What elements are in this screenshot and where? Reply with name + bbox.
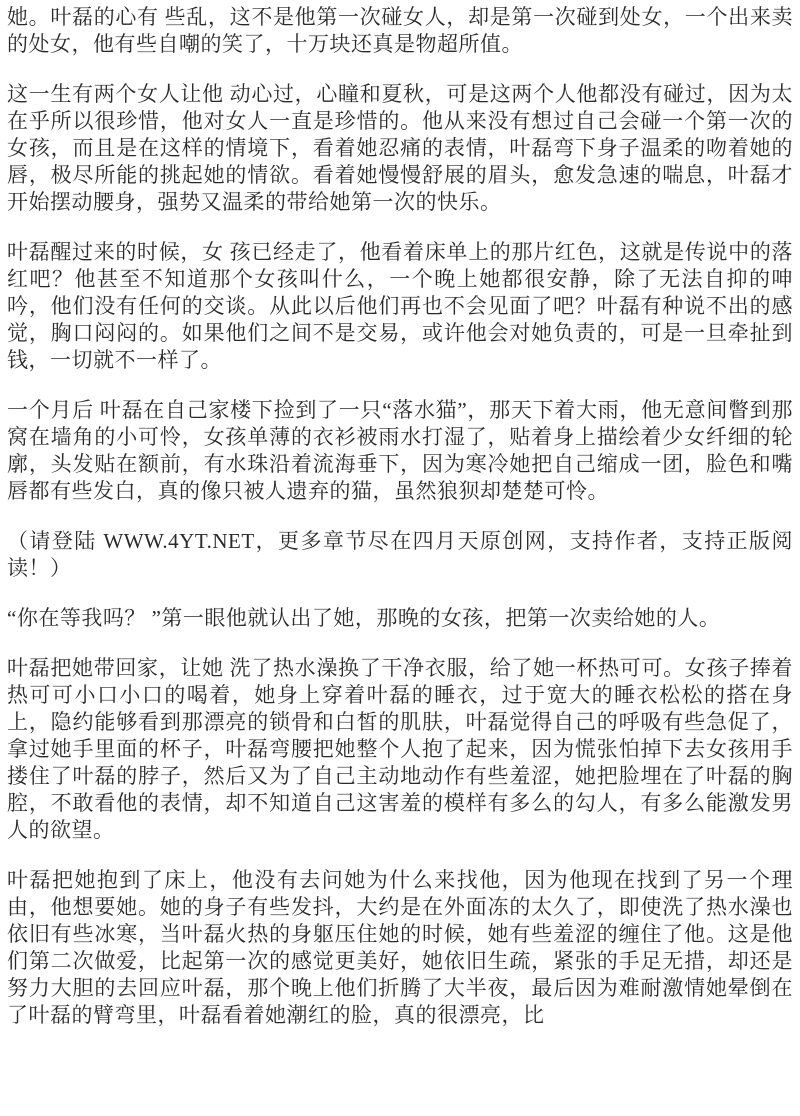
paragraph-7: 叶磊把她带回家，让她 洗了热水澡换了干净衣服，给了她一杯热可可。女孩子捧着热可可… (7, 655, 793, 844)
paragraph-1: 她。叶磊的心有 些乱，这不是他第一次碰女人，却是第一次碰到处女，一个出来卖的处女… (7, 4, 793, 58)
paragraph-5-site-notice: （请登陆 WWW.4YT.NET，更多章节尽在四月天原创网，支持作者，支持正版阅… (7, 528, 793, 582)
paragraph-3: 叶磊醒过来的时候，女 孩已经走了，他看着床单上的那片红色，这就是传说中的落红吧？… (7, 239, 793, 374)
paragraph-4: 一个月后 叶磊在自己家楼下捡到了一只“落水猫”，那天下着大雨，他无意间瞥到那窝在… (7, 397, 793, 505)
paragraph-2: 这一生有两个女人让他 动心过，心瞳和夏秋，可是这两个人他都没有碰过，因为太在乎所… (7, 81, 793, 216)
paragraph-8: 叶磊把她抱到了床上，他没有去问她为什么来找他，因为他现在找到了另一个理由，他想要… (7, 867, 793, 1029)
paragraph-6-dialogue: “你在等我吗？ ”第一眼他就认出了她，那晚的女孩，把第一次卖给她的人。 (7, 605, 793, 632)
novel-page: 她。叶磊的心有 些乱，这不是他第一次碰女人，却是第一次碰到处女，一个出来卖的处女… (0, 0, 800, 1116)
